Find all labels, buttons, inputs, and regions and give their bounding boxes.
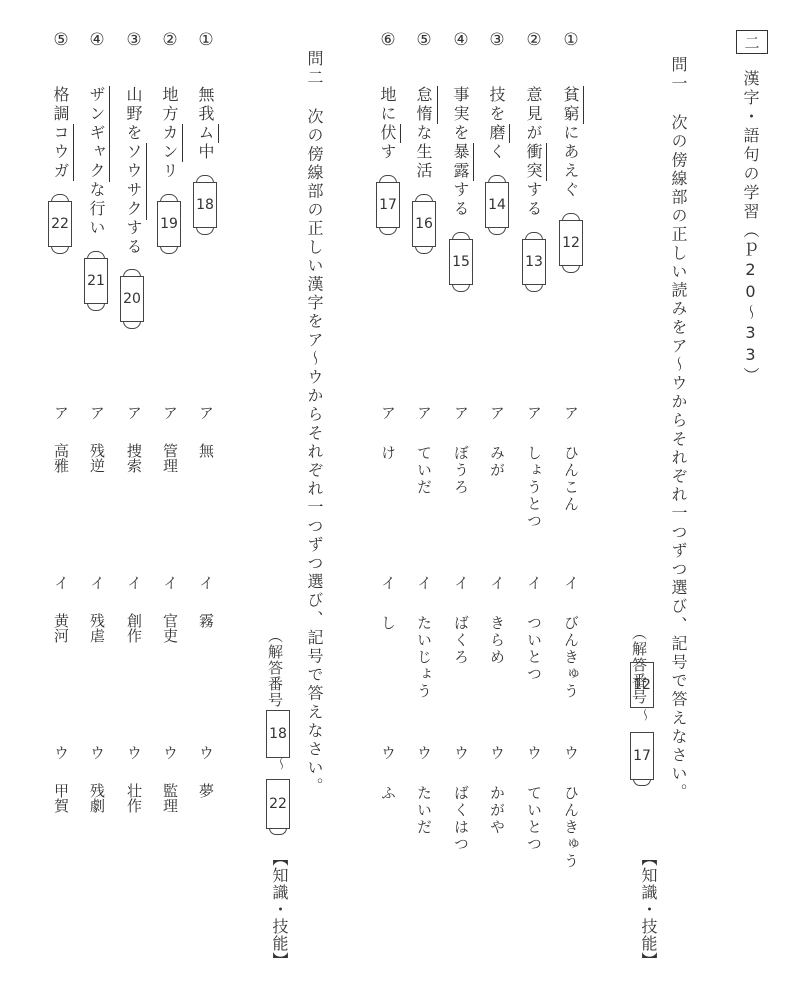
q1-item-2-option-b-label: イ	[526, 575, 541, 592]
q2-item-3-number: ③	[123, 32, 145, 49]
q2-item-2-option-c-label: ウ	[162, 745, 177, 762]
q1-item-2-option-a-label: ア	[526, 405, 541, 422]
q2-item-4-option-a: 残逆	[89, 443, 104, 473]
q1-item-1-underline	[583, 86, 584, 124]
q1-item-3-option-b: きらめ	[489, 615, 504, 666]
q2-item-5-option-c: 甲賀	[53, 783, 68, 813]
q1-item-3-text: 技を磨く	[488, 86, 504, 162]
q1-item-5-option-c: たいだ	[416, 785, 431, 836]
q2-item-4-option-c-label: ウ	[89, 745, 104, 762]
q2-answer-box-22[interactable]: 22	[48, 201, 72, 247]
q2-item-1-option-a-label: ア	[198, 405, 213, 422]
q2-item-5-option-c-label: ウ	[53, 745, 68, 762]
q1-answer-box-13[interactable]: 13	[522, 239, 546, 285]
q2-item-2-text: 地方カンリ	[161, 86, 177, 181]
q2-category: 【知識・技能】	[271, 850, 287, 969]
q1-answer-box-12[interactable]: 12	[559, 220, 583, 266]
q1-item-2-option-c: ていとつ	[526, 785, 541, 853]
q2-answer-box-20[interactable]: 20	[120, 276, 144, 322]
q2-range-close-arc	[269, 828, 287, 835]
q2-item-4-option-c: 残劇	[89, 783, 104, 813]
q2-instruction: 次の傍線部の正しい漢字をア～ウからそれぞれ一つずつ選び、記号で答えなさい。	[306, 108, 322, 796]
q2-item-5-number: ⑤	[50, 32, 72, 49]
q2-item-3-underline	[146, 143, 147, 220]
q2-label: 問二	[306, 50, 322, 88]
q2-item-1-text: 無我ム中	[197, 86, 213, 162]
q1-item-6-option-a: け	[380, 445, 395, 462]
q2-item-1-option-a: 無	[198, 443, 213, 458]
q1-range-close-arc	[633, 779, 651, 786]
q1-item-3-underline	[509, 124, 510, 143]
q1-item-5-option-b: たいじょう	[416, 615, 431, 700]
q2-item-2-option-b: 官吏	[162, 613, 177, 643]
q2-item-1-option-c-label: ウ	[198, 745, 213, 762]
q1-item-5-option-a-label: ア	[416, 405, 431, 422]
q2-item-3-option-a: 捜索	[126, 443, 141, 473]
q2-item-2-underline	[182, 124, 183, 162]
q1-item-5-text: 怠惰な生活	[415, 86, 431, 181]
q1-item-3-number: ③	[486, 32, 508, 49]
q1-item-6-number: ⑥	[377, 32, 399, 49]
q1-item-4-option-b: ばくろ	[453, 615, 468, 666]
section-number: 二	[744, 32, 759, 53]
q2-item-3-option-b-label: イ	[126, 575, 141, 592]
q2-answer-range-end: 22	[266, 779, 290, 829]
q1-label: 問一	[670, 56, 686, 94]
q1-instruction: 次の傍線部の正しい読みをア～ウからそれぞれ一つずつ選び、記号で答えなさい。	[670, 114, 686, 802]
q2-item-5-option-b-label: イ	[53, 575, 68, 592]
q2-item-2-option-a-label: ア	[162, 405, 177, 422]
q2-item-4-option-b-label: イ	[89, 575, 104, 592]
q1-item-2-option-a: しょうとつ	[526, 445, 541, 530]
q1-item-3-option-b-label: イ	[489, 575, 504, 592]
q1-item-4-number: ④	[450, 32, 472, 49]
q2-answer-box-18[interactable]: 18	[193, 182, 217, 228]
q1-item-1-option-b-label: イ	[563, 575, 578, 592]
q2-item-3-option-c-label: ウ	[126, 745, 141, 762]
q1-item-2-number: ②	[523, 32, 545, 49]
q1-answer-box-17[interactable]: 17	[376, 182, 400, 228]
q1-item-2-option-b: ついとつ	[526, 615, 541, 683]
q2-item-3-text: 山野をソウサクする	[125, 86, 141, 257]
q1-item-5-number: ⑤	[413, 32, 435, 49]
q2-item-2-number: ②	[159, 32, 181, 49]
q2-item-5-underline	[73, 124, 74, 181]
q1-item-4-option-b-label: イ	[453, 575, 468, 592]
q1-item-2-option-c-label: ウ	[526, 745, 541, 762]
q2-item-1-number: ①	[195, 32, 217, 49]
q2-item-2-option-c: 監理	[162, 783, 177, 813]
q2-item-3-option-a-label: ア	[126, 405, 141, 422]
q2-item-5-option-b: 黄河	[53, 613, 68, 643]
q1-item-4-underline	[473, 143, 474, 181]
q1-answer-range-start: 12	[630, 662, 654, 708]
q1-item-1-option-c-label: ウ	[563, 745, 578, 762]
q1-answer-box-15[interactable]: 15	[449, 239, 473, 285]
q2-item-4-underline	[109, 86, 110, 182]
q1-item-5-option-a: ていだ	[416, 445, 431, 496]
q1-item-4-text: 事実を暴露する	[452, 86, 468, 219]
q1-item-1-option-a-label: ア	[563, 405, 578, 422]
q1-item-5-option-b-label: イ	[416, 575, 431, 592]
q2-answer-range-start: 18	[266, 710, 290, 758]
q2-item-4-option-a-label: ア	[89, 405, 104, 422]
q1-item-3-option-c-label: ウ	[489, 745, 504, 762]
q1-item-6-option-b-label: イ	[380, 575, 395, 592]
q1-item-1-option-a: ひんこん	[563, 445, 578, 513]
q1-item-1-option-c: ひんきゅう	[563, 785, 578, 870]
q1-item-5-underline	[437, 86, 438, 124]
q1-item-3-option-a: みが	[489, 445, 504, 479]
q2-item-1-option-b-label: イ	[198, 575, 213, 592]
q1-category: 【知識・技能】	[640, 850, 656, 969]
q1-item-3-option-a-label: ア	[489, 405, 504, 422]
q1-item-6-option-c-label: ウ	[380, 745, 395, 762]
q2-range-tilde: ～	[267, 757, 289, 770]
section-number-box: 二	[736, 30, 768, 54]
q1-item-1-text: 貧窮にあえぐ	[562, 86, 578, 200]
q2-item-5-text: 格調コウガ	[52, 86, 68, 181]
q2-item-3-option-c: 壮作	[126, 783, 141, 813]
q1-answer-box-16[interactable]: 16	[412, 201, 436, 247]
q2-item-4-text: ザンギャクな行い	[88, 86, 104, 238]
q2-item-5-option-a: 高雅	[53, 443, 68, 473]
q2-item-4-option-b: 残虐	[89, 613, 104, 643]
q2-item-2-option-b-label: イ	[162, 575, 177, 592]
q1-answer-range-end: 17	[630, 732, 654, 780]
q2-item-5-option-a-label: ア	[53, 405, 68, 422]
q1-item-4-option-a: ぼうろ	[453, 445, 468, 496]
q1-item-2-text: 意見が衝突する	[525, 86, 541, 219]
section-title: 漢字・語句の学習（ｐ20～33）	[742, 70, 758, 386]
q1-item-4-option-c: ばくはつ	[453, 785, 468, 853]
q2-item-1-option-b: 霧	[198, 613, 213, 628]
q1-item-2-underline	[546, 143, 547, 181]
q1-item-6-option-b: し	[380, 615, 395, 632]
q1-item-6-text: 地に伏す	[379, 86, 395, 162]
q1-item-1-number: ①	[560, 32, 582, 49]
q1-item-4-option-c-label: ウ	[453, 745, 468, 762]
q1-range-tilde: ～	[631, 708, 653, 721]
q1-item-4-option-a-label: ア	[453, 405, 468, 422]
q2-item-1-option-c: 夢	[198, 783, 213, 798]
q1-item-6-option-a-label: ア	[380, 405, 395, 422]
q2-answer-box-21[interactable]: 21	[84, 258, 108, 304]
q1-item-1-option-b: びんきゅう	[563, 615, 578, 700]
q1-item-6-option-c: ふ	[380, 785, 395, 802]
q1-answer-box-14[interactable]: 14	[485, 182, 509, 228]
q2-answer-box-19[interactable]: 19	[157, 201, 181, 247]
q1-item-6-underline	[400, 124, 401, 143]
q2-item-2-option-a: 管理	[162, 443, 177, 473]
q2-answer-range-label: （解答番号	[267, 628, 282, 708]
q1-item-3-option-c: かがや	[489, 785, 504, 836]
q1-item-5-option-c-label: ウ	[416, 745, 431, 762]
q2-item-3-option-b: 創作	[126, 613, 141, 643]
q2-item-1-underline	[218, 124, 219, 143]
q2-item-4-number: ④	[86, 32, 108, 49]
